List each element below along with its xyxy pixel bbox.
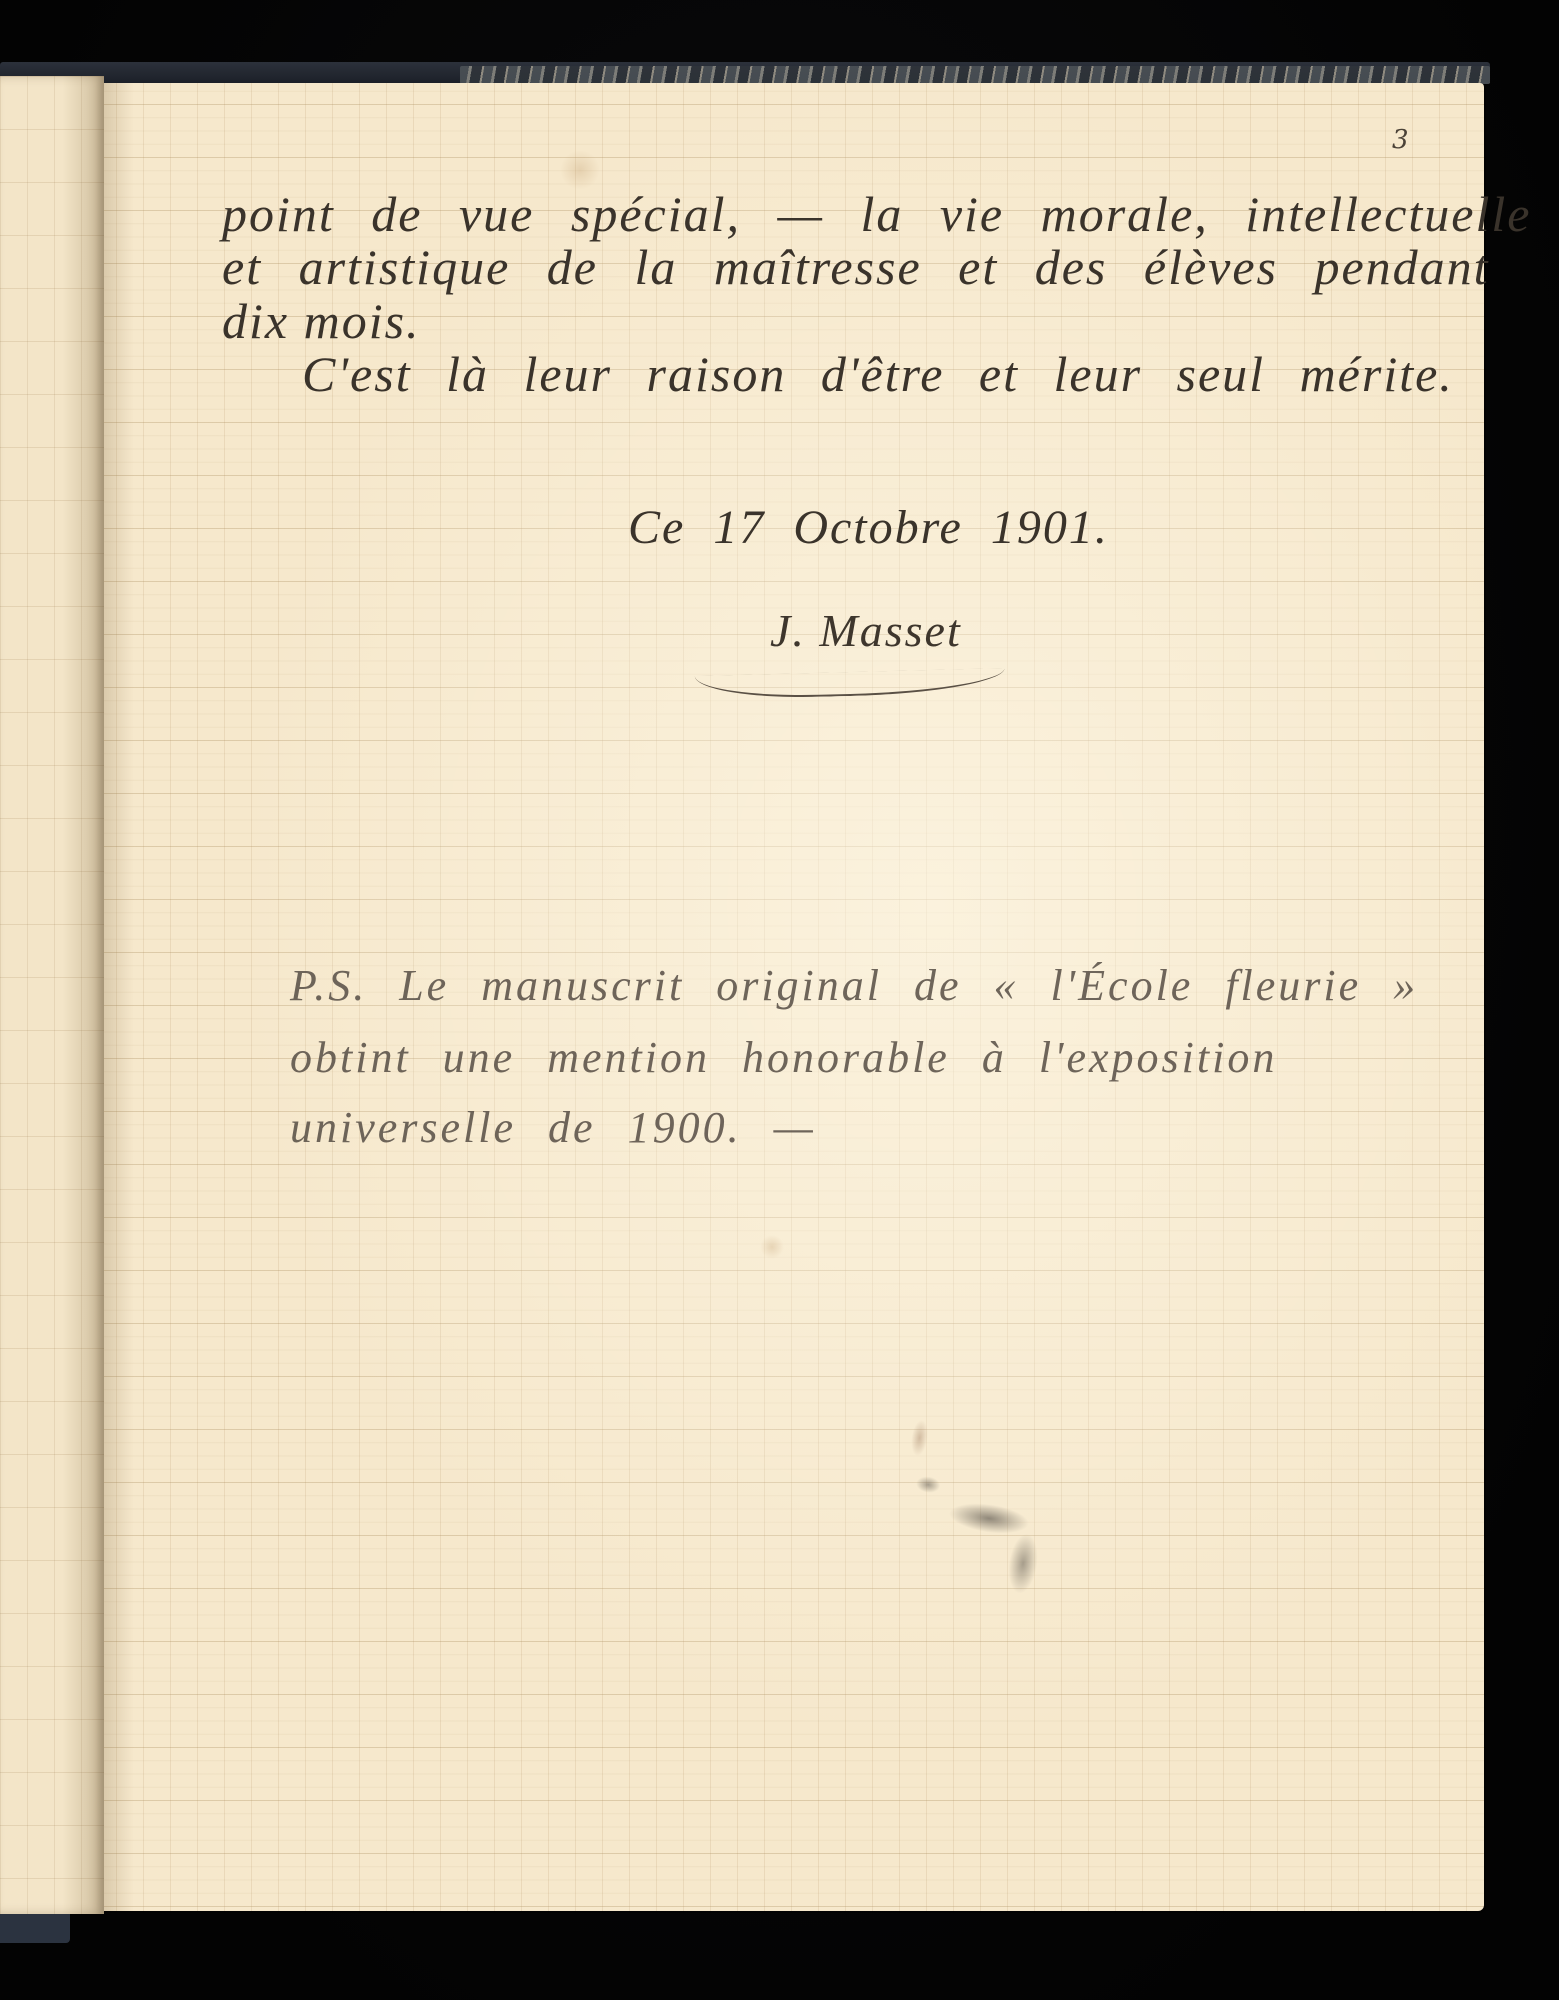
postscript-line: P.S. Le manuscrit original de « l'École … [290,960,1418,1011]
postscript-line: obtint une mention honorable à l'exposit… [290,1032,1277,1083]
body-line: point de vue spécial, — la vie morale, i… [222,185,1531,243]
left-page-edge [0,76,104,1914]
body-line: C'est là leur raison d'être et leur seul… [302,345,1454,403]
page-number: 3 [1392,125,1409,155]
smudge-mark [868,1409,1061,1611]
signature: J. Masset [770,604,962,657]
postscript-line: universelle de 1900. — [290,1102,816,1153]
notebook-cover-bottom [0,1913,70,1943]
body-line: et artistique de la maîtresse et des élè… [222,238,1490,296]
paper-stain [560,150,600,190]
paper-stain [760,1235,784,1259]
date-line: Ce 17 Octobre 1901. [628,500,1109,555]
body-line: dix mois. [222,292,421,350]
scan-background: 3 point de vue spécial, — la vie morale,… [0,0,1559,2000]
marbled-cover-edge [460,66,1490,84]
